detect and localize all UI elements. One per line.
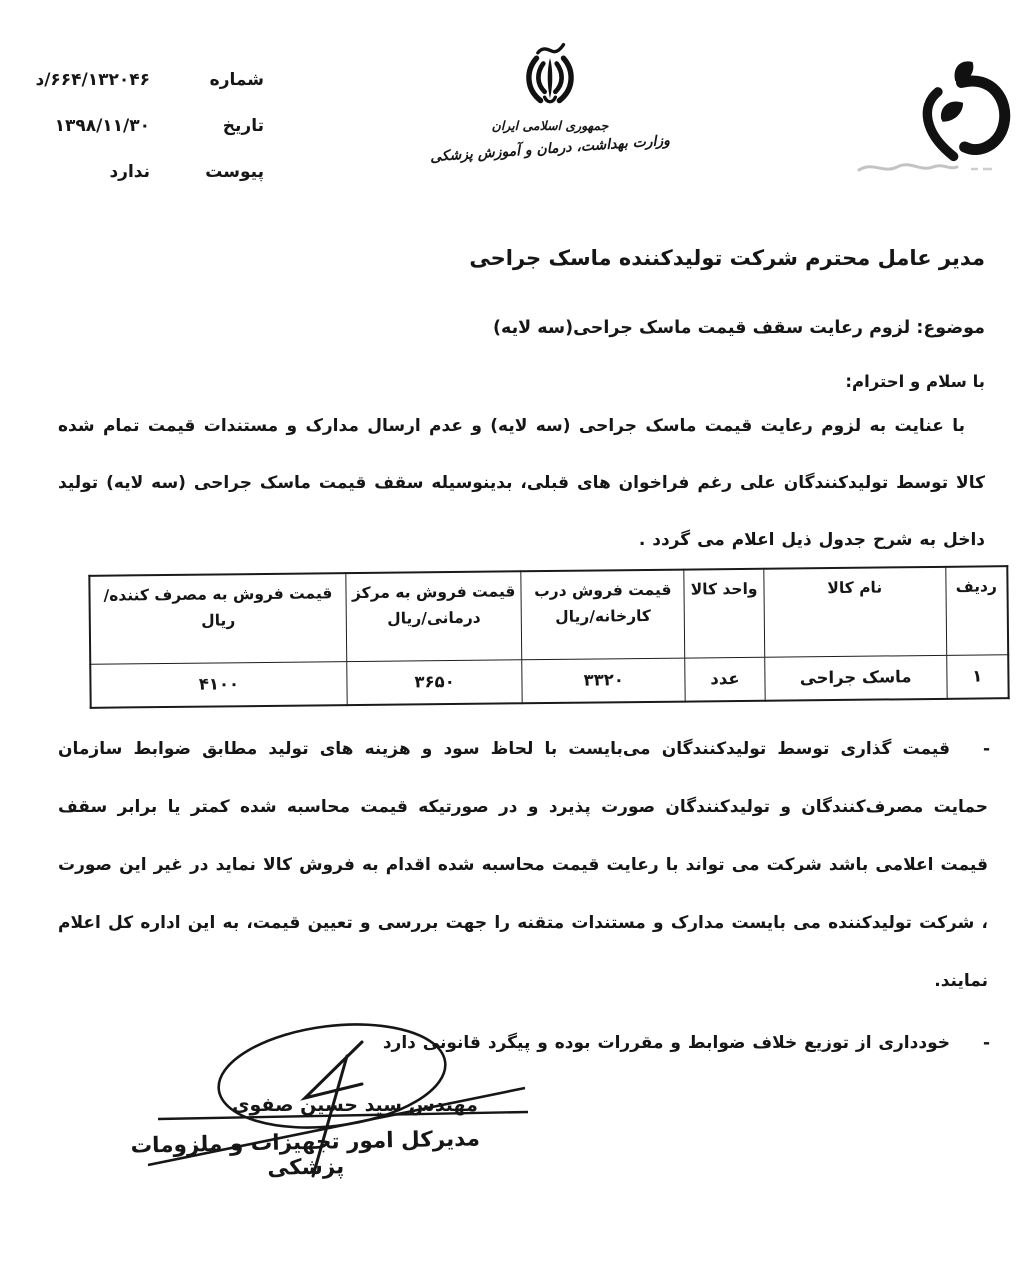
cell-row-number: ۱ bbox=[946, 654, 1008, 699]
meta-attachment-value: ندارد bbox=[109, 162, 150, 182]
col-medical-center-price: قیمت فروش به مرکز درمانی/ریال bbox=[346, 571, 523, 661]
table-header-row: ردیف نام کالا واحد کالا قیمت فروش درب کا… bbox=[89, 566, 1008, 664]
meta-attachment-row: پیوست ندارد bbox=[8, 158, 270, 204]
logo-caption-scan-artifact bbox=[855, 156, 1005, 180]
col-row-number: ردیف bbox=[945, 566, 1008, 655]
ministry-logo-block bbox=[855, 58, 1025, 188]
price-table-wrap: ردیف نام کالا واحد کالا قیمت فروش درب کا… bbox=[88, 565, 1009, 709]
government-name: جمهوری اسلامی ایران bbox=[425, 118, 675, 133]
ministry-name: وزارت بهداشت، درمان و آموزش پزشکی bbox=[425, 132, 676, 165]
col-item-name: نام کالا bbox=[764, 567, 946, 657]
meta-number-label: شماره bbox=[210, 70, 264, 90]
cell-factory-price: ۳۳۲۰ bbox=[522, 658, 685, 704]
recipient-line: مدیر عامل محترم شرکت تولیدکننده ماسک جرا… bbox=[469, 246, 985, 270]
cell-item-name: ماسک جراحی bbox=[765, 655, 947, 701]
dash-bullet-icon: - bbox=[983, 1014, 990, 1072]
signatory-title: مدیرکل امور تجهیزات و ملزومات پزشکی bbox=[98, 1126, 514, 1185]
letter-page: شماره ۶۶۴/۱۳۲۰۴۶/د تاریخ ۱۳۹۸/۱۱/۳۰ پیوس… bbox=[0, 0, 1031, 1280]
iran-national-emblem-icon bbox=[513, 42, 587, 112]
price-table: ردیف نام کالا واحد کالا قیمت فروش درب کا… bbox=[88, 565, 1009, 709]
list-item-text: قیمت گذاری توسط تولیدکنندگان می‌بایست با… bbox=[58, 739, 988, 991]
salutation-line: با سلام و احترام: bbox=[845, 372, 985, 391]
col-factory-price: قیمت فروش درب کارخانه/ریال bbox=[521, 570, 685, 660]
signatory-name: مهندس سید حسین صفوی bbox=[185, 1094, 525, 1116]
cell-medical-center-price: ۳۶۵۰ bbox=[347, 659, 523, 705]
meta-attachment-label: پیوست bbox=[205, 162, 264, 182]
col-item-unit: واحد کالا bbox=[684, 569, 765, 658]
dash-bullet-icon: - bbox=[983, 720, 990, 778]
table-row: ۱ ماسک جراحی عدد ۳۳۲۰ ۳۶۵۰ ۴۱۰۰ bbox=[90, 654, 1008, 708]
meta-number-value: ۶۶۴/۱۳۲۰۴۶/د bbox=[35, 70, 150, 90]
meta-date-row: تاریخ ۱۳۹۸/۱۱/۳۰ bbox=[8, 112, 270, 158]
letter-meta: شماره ۶۶۴/۱۳۲۰۴۶/د تاریخ ۱۳۹۸/۱۱/۳۰ پیوس… bbox=[8, 66, 270, 204]
list-item-pricing-rule: - قیمت گذاری توسط تولیدکنندگان می‌بایست … bbox=[58, 720, 988, 1010]
meta-date-value: ۱۳۹۸/۱۱/۳۰ bbox=[55, 116, 150, 136]
cell-consumer-price: ۴۱۰۰ bbox=[90, 661, 347, 708]
letterhead-center: جمهوری اسلامی ایران وزارت بهداشت، درمان … bbox=[425, 42, 675, 157]
subject-line: موضوع: لزوم رعایت سقف قیمت ماسک جراحی(سه… bbox=[493, 318, 985, 338]
meta-date-label: تاریخ bbox=[223, 116, 264, 136]
cell-item-unit: عدد bbox=[685, 657, 765, 702]
meta-number-row: شماره ۶۶۴/۱۳۲۰۴۶/د bbox=[8, 66, 270, 112]
body-paragraph: با عنایت به لزوم رعایت قیمت ماسک جراحی (… bbox=[58, 398, 985, 569]
health-ministry-apple-logo-icon bbox=[897, 58, 1015, 162]
col-consumer-price: قیمت فروش به مصرف کننده/ریال bbox=[89, 573, 346, 664]
